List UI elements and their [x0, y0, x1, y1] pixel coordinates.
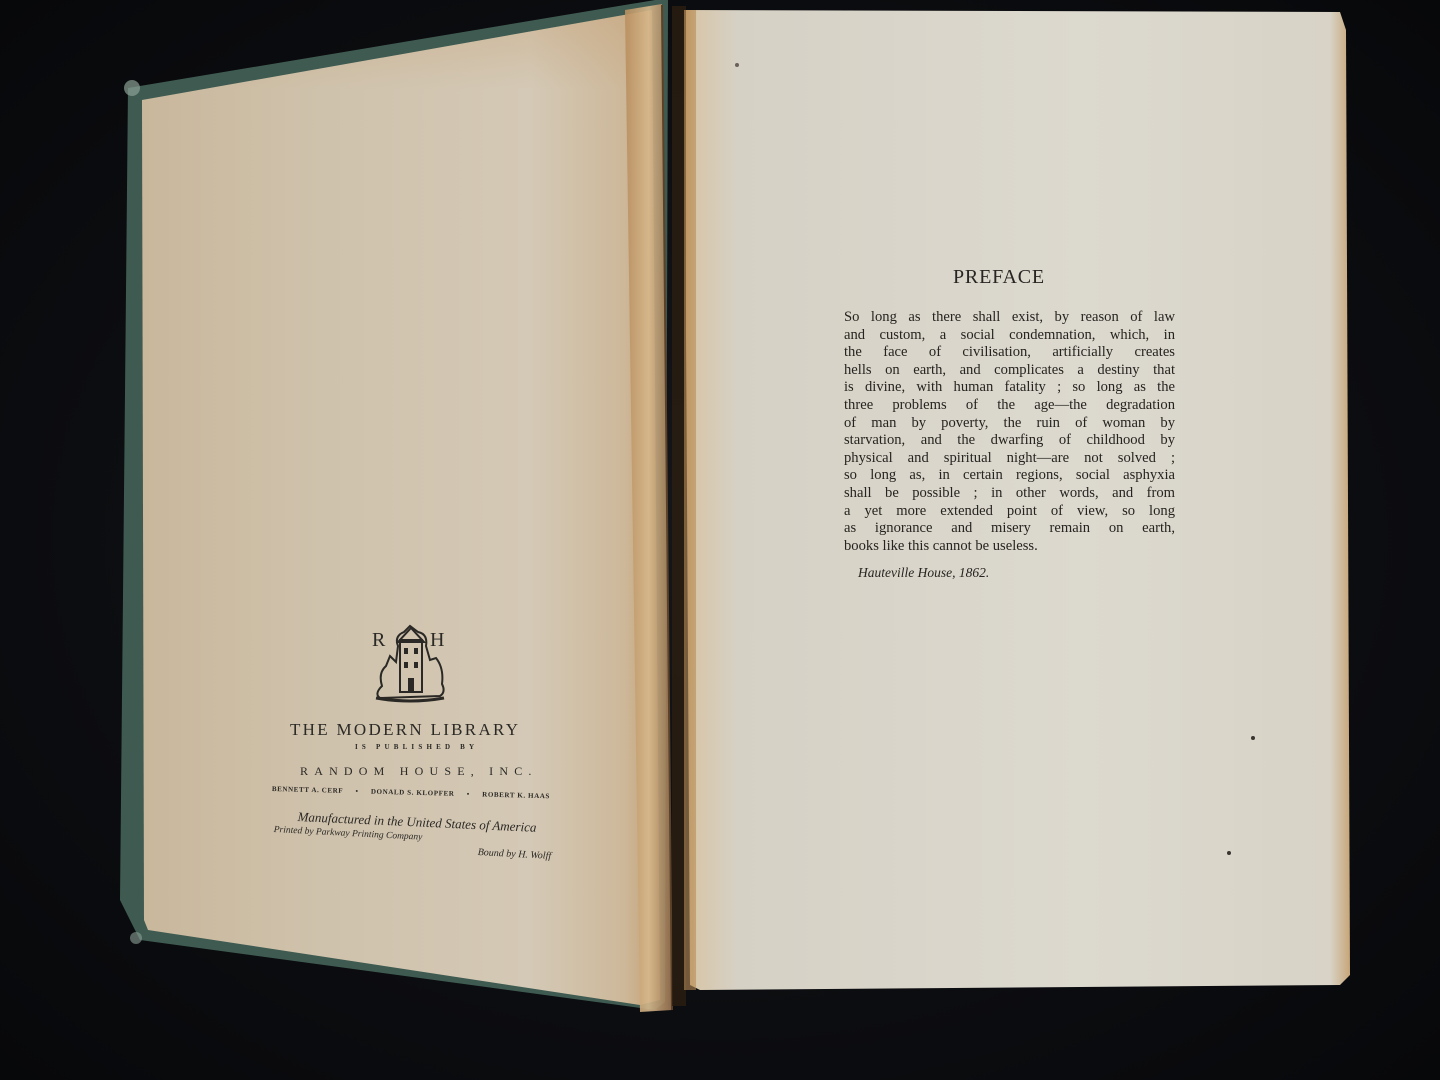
preface-line: books like this cannot be useless. [844, 538, 1175, 556]
preface-line: starvation, and the dwarfing of childhoo… [844, 432, 1175, 450]
preface-line: of man by poverty, the ruin of woman by [844, 415, 1175, 433]
preface-line: the face of civilisation, artificially c… [844, 344, 1175, 362]
preface-line: is divine, with human fatality ; so long… [844, 379, 1175, 397]
left-page-text: R H THE MODERN LIBRARY IS PUBLISHED BY R… [0, 0, 700, 1080]
preface-line: hells on earth, and complicates a destin… [844, 362, 1175, 380]
preface-heading: PREFACE [953, 266, 1045, 289]
preface-line: a yet more extended point of view, so lo… [844, 503, 1175, 521]
preface-body: So long as there shall exist, by reason … [844, 309, 1175, 555]
separator-dot: • [355, 787, 358, 795]
preface-line: So long as there shall exist, by reason … [844, 309, 1175, 327]
svg-text:R: R [372, 629, 386, 651]
binder-line: Bound by H. Wolff [477, 847, 551, 862]
preface-line: and custom, a social condemnation, which… [844, 327, 1175, 345]
partner-name: DONALD S. KLOPFER [371, 788, 455, 798]
separator-dot: • [467, 790, 470, 798]
preface-line: so long as, in certain regions, social a… [844, 467, 1175, 485]
preface-line: shall be possible ; in other words, and … [844, 485, 1175, 503]
partner-name: ROBERT K. HAAS [482, 791, 550, 801]
publisher-name: RANDOM HOUSE, INC. [300, 764, 538, 779]
preface-signature: Hauteville House, 1862. [858, 565, 989, 581]
preface-line: physical and spiritual night—are not sol… [844, 450, 1175, 468]
preface-line: three problems of the age—the degradatio… [844, 397, 1175, 415]
published-by-label: IS PUBLISHED BY [355, 743, 478, 751]
preface-line: as ignorance and misery remain on earth, [844, 520, 1175, 538]
random-house-logo-icon: R H [360, 618, 460, 708]
modern-library-title: THE MODERN LIBRARY [290, 720, 540, 740]
partners-line: BENNETT A. CERF • DONALD S. KLOPFER • RO… [272, 785, 564, 801]
svg-text:H: H [430, 629, 444, 651]
partner-name: BENNETT A. CERF [272, 785, 343, 795]
